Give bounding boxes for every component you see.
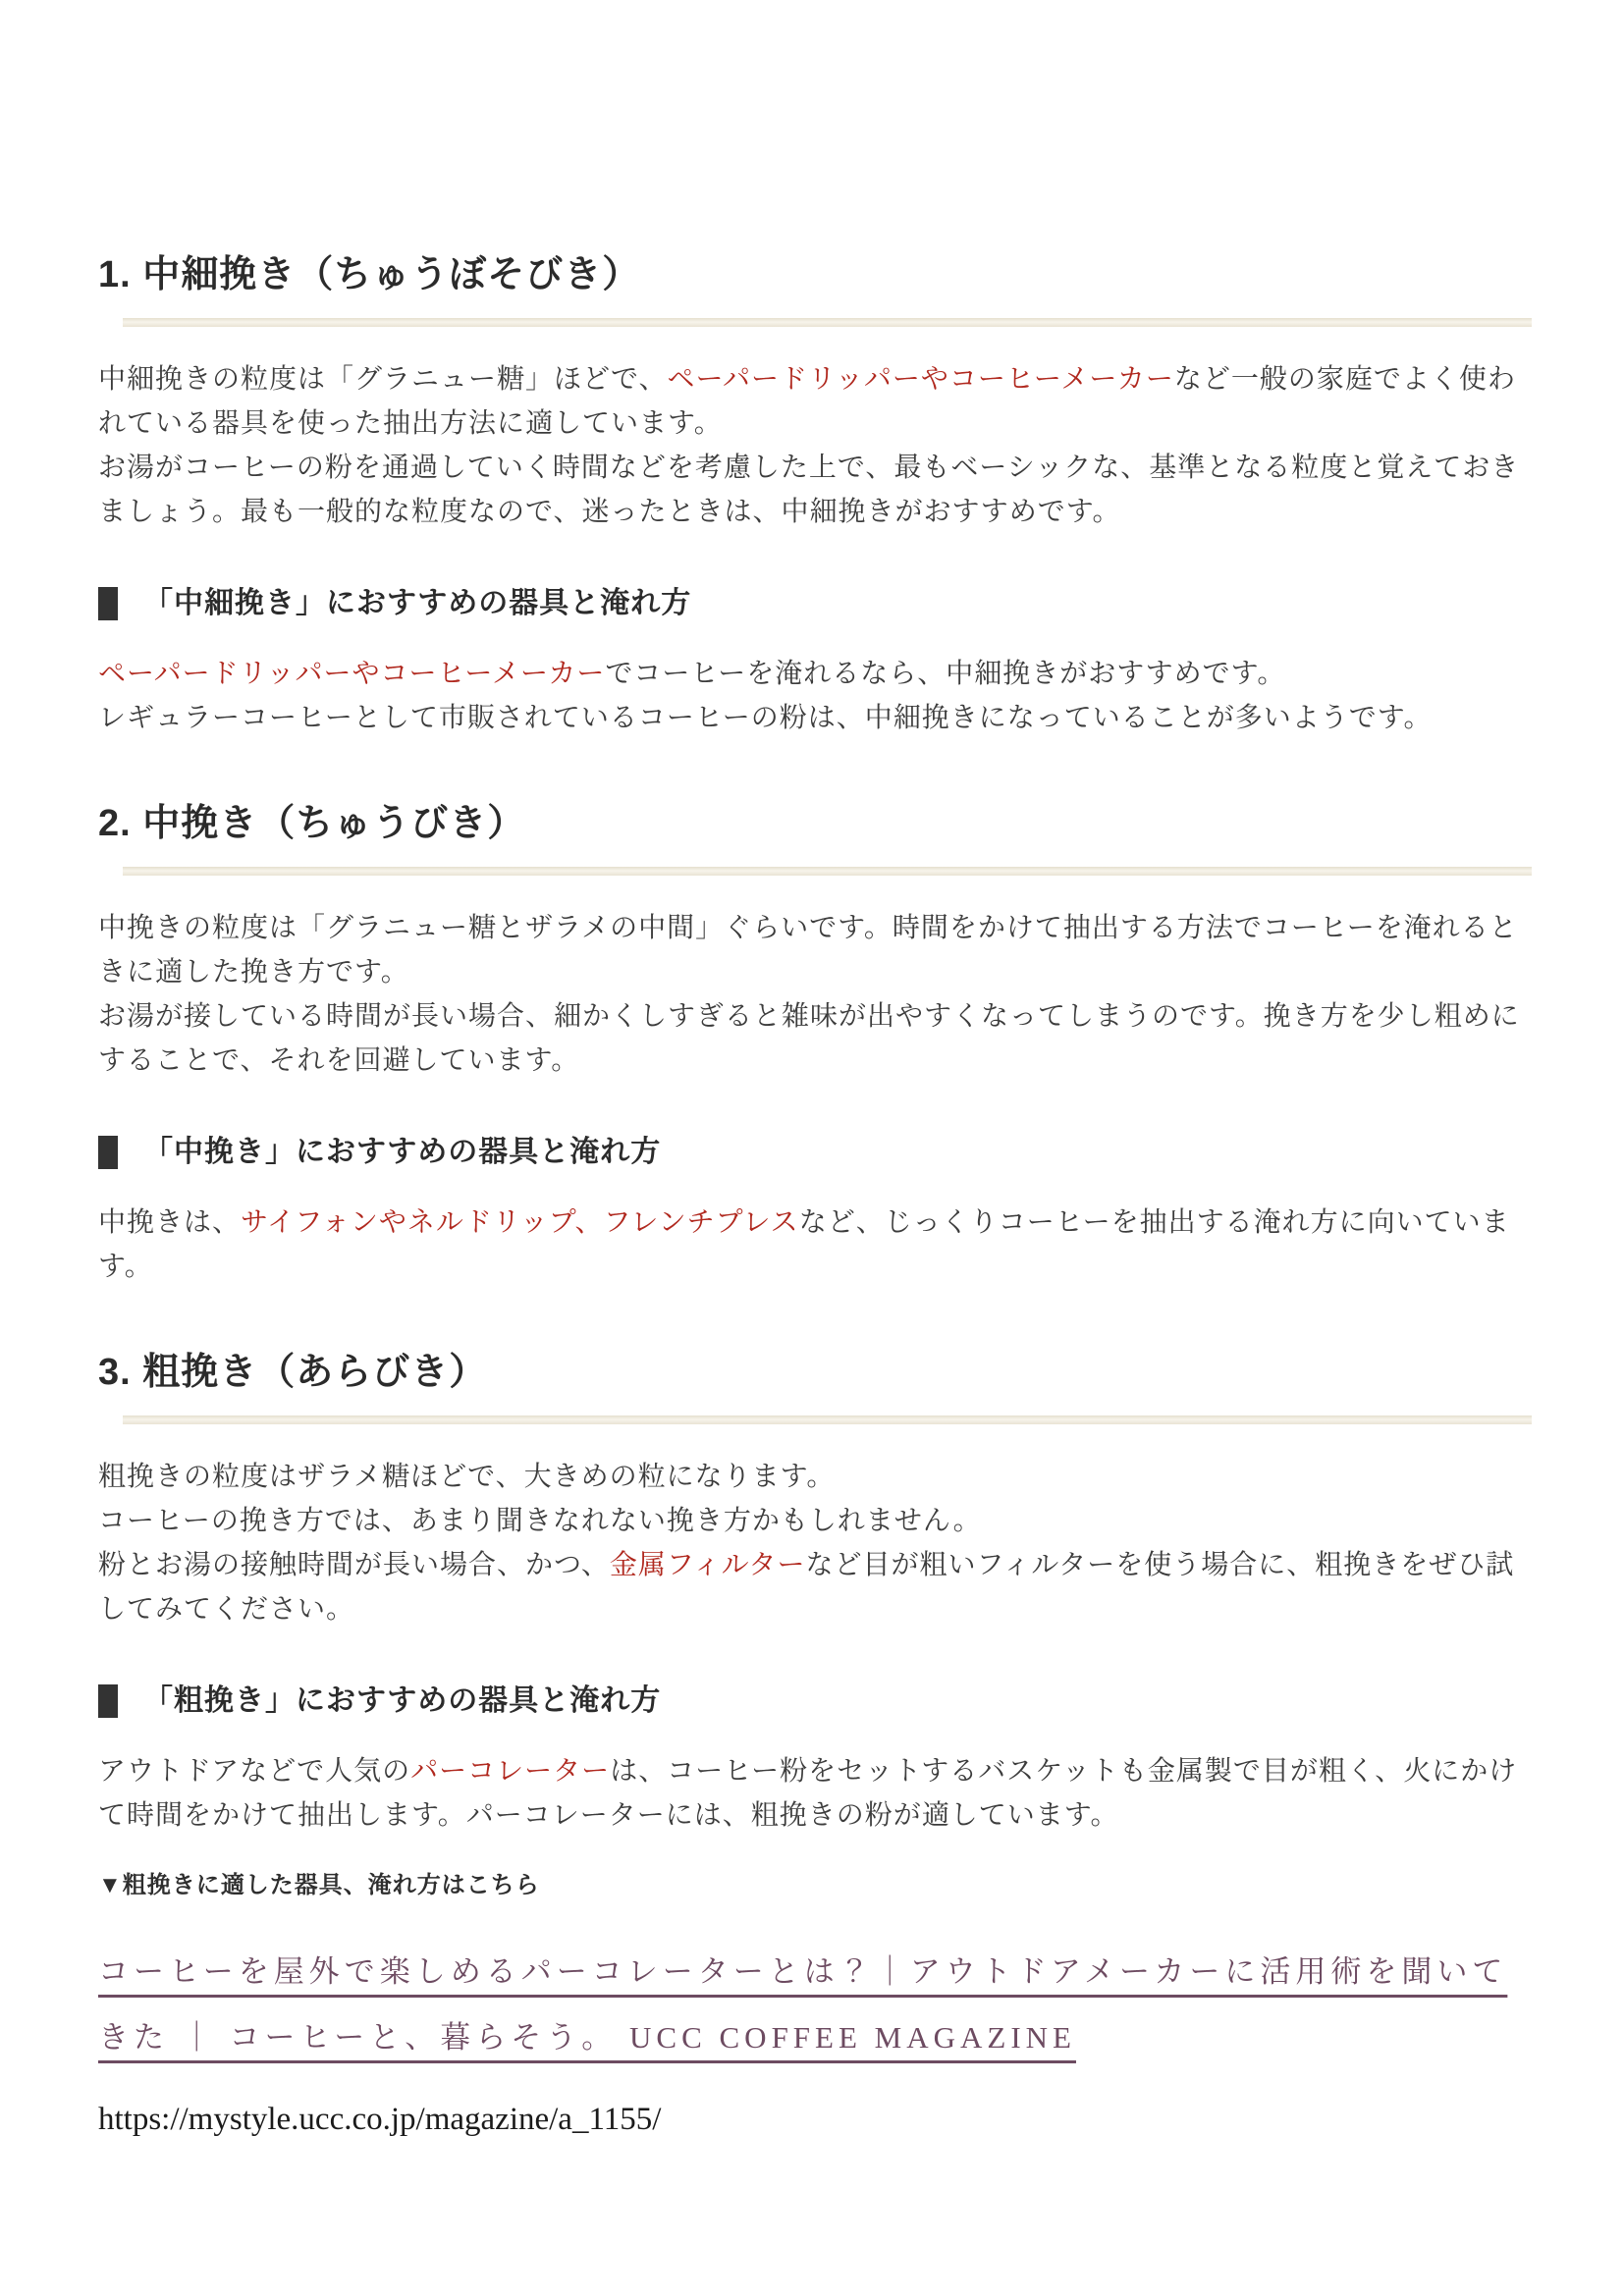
intro-text: お湯がコーヒーの粉を通過していく時間などを考慮した上で、最もベーシックな、基準と…: [98, 452, 1519, 526]
square-bullet-icon: [98, 1684, 118, 1718]
section-3-heading: 3. 粗挽き（あらびき）: [98, 1349, 1532, 1396]
highlighted-term: ペーパードリッパーやコーヒーメーカー: [98, 658, 605, 688]
square-bullet-icon: [98, 1136, 118, 1169]
highlighted-term: パーコレーター: [410, 1755, 610, 1786]
highlighted-term: 金属フィルター: [610, 1549, 806, 1579]
section-2-subheading: 「中挽き」におすすめの器具と淹れ方: [98, 1133, 1532, 1172]
subheading-text: 「粗挽き」におすすめの器具と淹れ方: [143, 1682, 661, 1721]
intro-text: 粉とお湯の接触時間が長い場合、かつ、: [98, 1549, 610, 1579]
body-text: 中挽きは、: [98, 1206, 241, 1237]
section-3-subheading: 「粗挽き」におすすめの器具と淹れ方: [98, 1682, 1532, 1721]
body-text: アウトドアなどで人気の: [98, 1755, 410, 1786]
subheading-text: 「中挽き」におすすめの器具と淹れ方: [143, 1133, 661, 1172]
section-3-intro: 粗挽きの粒度はザラメ糖ほどで、大きめの粒になります。コーヒーの挽き方では、あまり…: [98, 1454, 1532, 1630]
highlighted-term: ペーパードリッパーやコーヒーメーカー: [667, 363, 1173, 394]
section-1-subbody: ペーパードリッパーやコーヒーメーカーでコーヒーを淹れるなら、中細挽きがおすすめで…: [98, 651, 1532, 739]
intro-text: 中細挽きの粒度は「グラニュー糖」ほどで、: [98, 363, 667, 394]
section-2-subbody: 中挽きは、サイフォンやネルドリップ、フレンチプレスなど、じっくりコーヒーを抽出す…: [98, 1200, 1532, 1288]
section-2-intro: 中挽きの粒度は「グラニュー糖とザラメの中間」ぐらいです。時間をかけて抽出する方法…: [98, 905, 1532, 1082]
intro-text: コーヒーの挽き方では、あまり聞きなれない挽き方かもしれません。: [98, 1505, 982, 1535]
intro-text: 粗挽きの粒度はザラメ糖ほどで、大きめの粒になります。: [98, 1461, 835, 1491]
article-link[interactable]: コーヒーを屋外で楽しめるパーコレーターとは？｜アウトドアメーカーに活用術を聞いて…: [98, 1939, 1532, 2070]
section-2-rule: [123, 867, 1532, 876]
square-bullet-icon: [98, 587, 118, 620]
section-1-rule: [123, 318, 1532, 327]
section-1-intro: 中細挽きの粒度は「グラニュー糖」ほどで、ペーパードリッパーやコーヒーメーカーなど…: [98, 356, 1532, 533]
section-2-heading: 2. 中挽き（ちゅうびき）: [98, 800, 1532, 847]
body-text: でコーヒーを淹れるなら、中細挽きがおすすめです。: [605, 658, 1285, 688]
document-page: 1. 中細挽き（ちゅうぼそびき） 中細挽きの粒度は「グラニュー糖」ほどで、ペーパ…: [0, 0, 1624, 2296]
highlighted-term: サイフォンやネルドリップ、フレンチプレス: [241, 1206, 799, 1237]
section-1-subheading: 「中細挽き」におすすめの器具と淹れ方: [98, 584, 1532, 623]
section-1-heading: 1. 中細挽き（ちゅうぼそびき）: [98, 251, 1532, 298]
more-info-label: ▼粗挽きに適した器具、淹れ方はこちら: [98, 1870, 1532, 1901]
subheading-text: 「中細挽き」におすすめの器具と淹れ方: [143, 584, 691, 623]
intro-text: お湯が接している時間が長い場合、細かくしすぎると雑味が出やすくなってしまうのです…: [98, 1000, 1520, 1075]
article-url: https://mystyle.ucc.co.jp/magazine/a_115…: [98, 2098, 1532, 2141]
body-text: レギュラーコーヒーとして市販されているコーヒーの粉は、中細挽きになっていることが…: [98, 702, 1433, 732]
intro-text: 中挽きの粒度は「グラニュー糖とザラメの中間」ぐらいです。時間をかけて抽出する方法…: [98, 912, 1518, 987]
section-3-rule: [123, 1415, 1532, 1424]
section-3-subbody: アウトドアなどで人気のパーコレーターは、コーヒー粉をセットするバスケットも金属製…: [98, 1748, 1532, 1837]
